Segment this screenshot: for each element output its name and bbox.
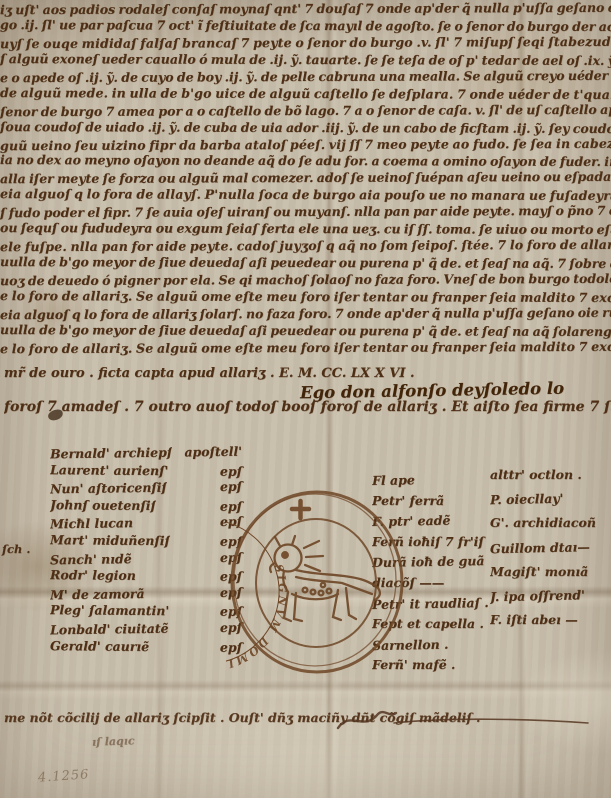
- seal-legend-text: SIGNVM DOMINI ADEFONSI REGIS LEGIONIS: [226, 509, 289, 673]
- witness-name: Gerald' caurıẽ: [50, 637, 149, 655]
- margin-note: ſch .: [2, 542, 30, 556]
- corroboration-line: foroſ 7 amadeſ . 7 outro auoſ todoſ booſ…: [4, 399, 611, 415]
- witness-row: Rodr' legion epſ: [50, 566, 242, 585]
- witness-name: Mart' miduñenſiſ: [50, 531, 170, 550]
- witness-row: Pleg' ſalamantin' epſ: [50, 602, 242, 621]
- witness-row: Bernald' archiepſ apoſtell': [50, 443, 242, 463]
- royal-seal-drawing: SIGNVM DOMINI ADEFONSI REGIS LEGIONIS: [226, 482, 408, 678]
- parchment-photo: iʒ uſt' aos padios rodaleſ conſaſ moynaſ…: [0, 0, 611, 798]
- witness-row: Lonbald' ciuitatẽ epſ: [50, 619, 242, 639]
- witness-column-right: alttr' octlon .P. oiecllay'G'. archidiac…: [490, 463, 611, 632]
- witness-row: Mart' miduñenſiſ epſ: [50, 531, 242, 550]
- witness-name: F. iſti abeı —: [490, 608, 611, 632]
- pen-trial-marks: ıſ laqıc: [92, 734, 135, 748]
- witness-row: Micħl lucan epſ: [50, 513, 242, 533]
- shelfmark-number: 4.1256: [38, 767, 90, 786]
- manuscript-line: iʒ uſt' aos padios rodaleſ conſaſ moynaſ…: [0, 0, 611, 19]
- manuscript-line: uyſ ſe ouqe mididaſ falſaſ brancaſ 7 pey…: [0, 34, 611, 53]
- witness-column-bishops: Bernald' archiepſ apoſtell' Laurent' aur…: [50, 444, 242, 655]
- witness-row: Nun' aſtoricenſiſ epſ: [50, 478, 242, 498]
- manuscript-line: ſoua coudoſ de uiado .ij. ỹ. de cuba de …: [0, 119, 611, 138]
- dating-clause-line: mr̃ de ouro . ficta capta apud allariʒ .…: [4, 366, 415, 381]
- manuscript-line: uulla de b'go meyor de ſiue deuedaſ aſi …: [0, 322, 611, 341]
- manuscript-line: e lo foro de allariʒ. Se alguũ ome eſte …: [0, 339, 611, 358]
- paraph-flourish-icon: [330, 702, 595, 740]
- witness-name: Nun' aſtoricenſiſ: [50, 479, 167, 498]
- manuscript-line: uulla de b'go meyor de ſiue deuedaſ aſi …: [0, 254, 611, 273]
- manuscript-line: de alguũ mede. in ulla de b'go uice de a…: [0, 85, 611, 104]
- seal-cross-icon: [292, 501, 309, 518]
- manuscript-line: e o apede oſ .ij. ỹ. de cuyo de boy .ij.…: [0, 68, 611, 87]
- witness-name: Rodr' legion: [50, 566, 136, 584]
- manuscript-line: e lo foro de allariʒ. Se alguũ ome eſte …: [0, 288, 611, 307]
- witness-name: P. oiecllay': [490, 486, 611, 513]
- witness-name: Bernald' archiepſ: [50, 444, 172, 463]
- witness-name: G'. archidiacoñ: [490, 511, 611, 535]
- witness-row: Gerald' caurıẽ epſ: [50, 637, 242, 656]
- manuscript-line: ſ alguũ exoneſ ueder cauallo ó mula de .…: [0, 51, 611, 70]
- manuscript-line: ſenor de burgo 7 amea por a o caſtello d…: [0, 101, 611, 120]
- manuscript-line: eia alguoſ q lo fora de allariʒ ſolarſ. …: [0, 305, 611, 324]
- witness-name: Guillom dtaı—: [490, 534, 611, 561]
- witness-name: Lonbald' ciuitatẽ: [50, 620, 169, 639]
- witness-name: Laurent' aurienſ': [50, 461, 168, 480]
- manuscript-line: go .ij. ſl' ue par paſcua 7 oct' ĩ feſti…: [0, 17, 611, 36]
- manuscript-line: uoʒ de deuedo ó pigner por ela. Se qi ma…: [0, 271, 611, 290]
- witness-name: Magiſt' monıã: [490, 560, 611, 584]
- charter-body-text: iʒ uſt' aos padios rodaleſ conſaſ moynaſ…: [0, 1, 611, 357]
- witness-name: Pleg' ſalamantin': [50, 602, 169, 621]
- witness-name: Johnſ ouetenſiſ: [50, 496, 156, 515]
- witness-title-abbreviation: apoſtell': [184, 443, 242, 461]
- witness-name: alttr' octlon .: [490, 463, 611, 487]
- witness-name: J. ipa oſſrend': [490, 583, 611, 610]
